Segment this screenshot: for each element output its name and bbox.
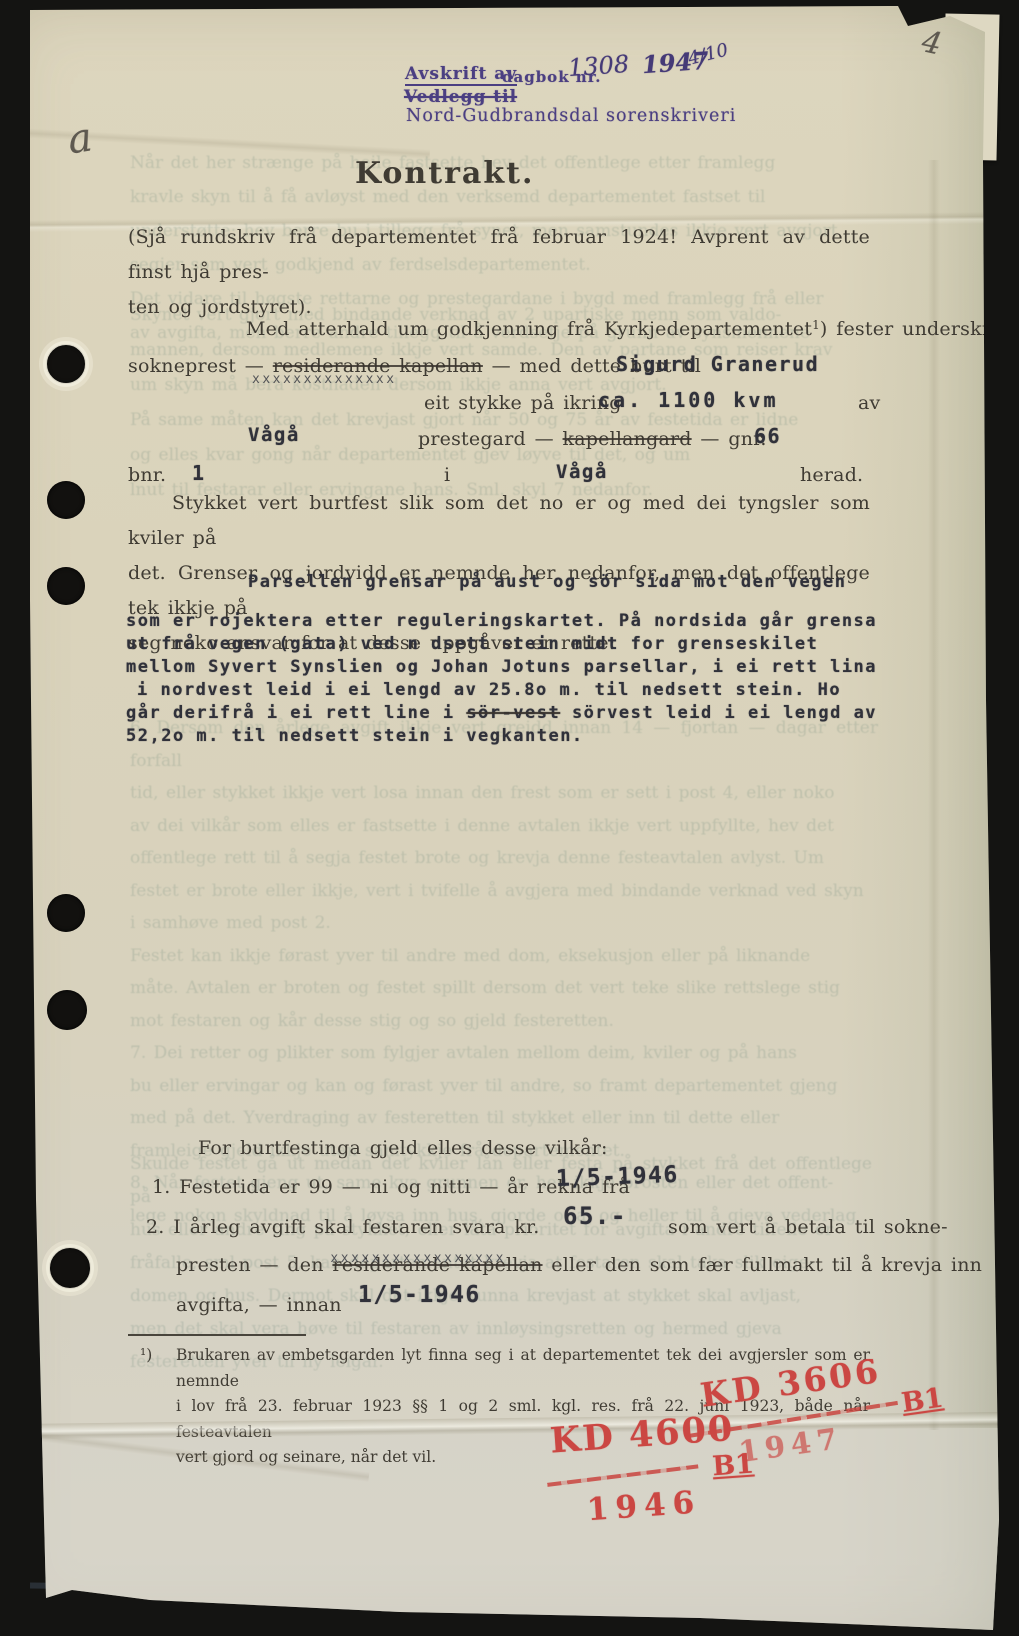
typed-boundary-line: som er rojektera etter reguleringskartet… bbox=[126, 611, 877, 631]
punch-hole bbox=[49, 1247, 91, 1289]
clause-text: ) fester underskrivne bbox=[820, 318, 1019, 340]
journal-number-handwritten: 1308 bbox=[567, 50, 630, 82]
clause-herad: herad. bbox=[800, 464, 863, 486]
punch-hole bbox=[47, 567, 85, 605]
margin-note-a: a bbox=[65, 115, 95, 164]
clause-godkjenning: Med atterhald um godkjenning frå Kyrkjed… bbox=[246, 318, 1019, 340]
typed-start-date: 1/5-1946 bbox=[556, 1162, 680, 1192]
clause-text: presten — den bbox=[176, 1254, 332, 1276]
clause-i: i bbox=[444, 464, 450, 486]
typed-payment-date: 1/5-1946 bbox=[358, 1282, 481, 1308]
typed-text: sörvest leid i ei lengd av bbox=[560, 703, 877, 723]
scanned-document: Når det her strænge på heile fastsette h… bbox=[0, 0, 1019, 1636]
typed-place-vaga-2: Vågå bbox=[556, 461, 608, 483]
footnote-rule bbox=[128, 1334, 306, 1336]
stamp-year: 1946 bbox=[586, 1484, 703, 1528]
struck-typed-sorvest: sör-vest bbox=[466, 703, 560, 723]
clause-text: prestegard — bbox=[418, 428, 563, 450]
paper-sheet: Når det her strænge på heile fastsette h… bbox=[0, 0, 1019, 1636]
typed-text: går derifrå i ei rett line i bbox=[126, 703, 466, 723]
typed-boundary-line: mellom Syvert Synslien og Johan Jotuns p… bbox=[126, 657, 877, 677]
typed-boundary-line: 52,2o m. til nedsett stein i vegkanten. bbox=[126, 726, 584, 746]
stamp-suffix: B1 bbox=[900, 1382, 946, 1418]
struck-text-residerande-2: residerande kapellanxxxxxxxxxxxxxxxxx bbox=[332, 1254, 542, 1276]
typed-bnr: 1 bbox=[192, 461, 206, 485]
struck-text-kapellangard: kapellangard bbox=[563, 428, 692, 450]
clause-bnr: bnr. bbox=[128, 464, 166, 486]
typed-x-row: xxxxxxxxxxxxxxxxx bbox=[330, 1251, 506, 1266]
clause-eit-stykke: eit stykke på ikring bbox=[424, 392, 622, 414]
punch-hole bbox=[47, 894, 85, 932]
clause-text: eller den som fær fullmakt til å krevja … bbox=[543, 1254, 983, 1276]
document-title: Kontrakt. bbox=[355, 156, 534, 191]
vedlegg-til-stamp: Vedlegg til bbox=[404, 87, 517, 107]
stamp-suffix: B1 bbox=[711, 1449, 755, 1483]
footnote-reference: 1 bbox=[812, 318, 820, 332]
stamp-bar bbox=[547, 1464, 698, 1486]
clause-av: av bbox=[858, 392, 880, 414]
typed-lessee-name: Sigurd Granerud bbox=[616, 352, 819, 376]
punch-hole bbox=[47, 990, 87, 1030]
condition-item-2-line3: avgifta, — innan bbox=[176, 1294, 342, 1316]
condition-item-2: 2. I årleg avgift skal festaren svara kr… bbox=[146, 1216, 539, 1238]
avskrift-av-stamp: Avskrift av bbox=[405, 64, 517, 86]
typed-boundary-line: Parsellen grensar på aust og sör sida mo… bbox=[248, 572, 846, 592]
clause-text: Med atterhald um godkjenning frå Kyrkjed… bbox=[246, 318, 812, 340]
typed-gnr: 66 bbox=[754, 424, 781, 448]
typed-boundary-line: i nordvest leid i ei lengd av 25.8o m. t… bbox=[137, 680, 841, 700]
typed-boundary-line: går derifrå i ei rett line i sör-vest sö… bbox=[126, 703, 877, 723]
typed-fee-amount: 65.- bbox=[563, 1202, 627, 1230]
footnote-marker: ¹) bbox=[140, 1343, 152, 1369]
typed-place-vaga-1: Vågå bbox=[248, 424, 300, 446]
date-fraction-handwritten: 4/10 bbox=[686, 39, 730, 69]
condition-item-2-line2: presten — den residerande kapellanxxxxxx… bbox=[176, 1254, 982, 1276]
clause-prestegard: prestegard — kapellangard — gnr. bbox=[418, 428, 767, 450]
intro-note: (Sjå rundskriv frå departementet frå feb… bbox=[128, 220, 870, 325]
conditions-heading: For burtfestinga gjeld elles desse vilkå… bbox=[198, 1137, 608, 1159]
punch-hole bbox=[46, 344, 86, 384]
condition-item-2-cont: som vert å betala til sokne- bbox=[668, 1216, 948, 1238]
red-stamp-kd4600: KD 4600 B1 1946 bbox=[541, 1403, 809, 1551]
typed-boundary-line: ut frå vegen (gata) ved n dsett stein mi… bbox=[126, 634, 818, 654]
typed-x-row: xxxxxxxxxxxxxx bbox=[252, 372, 397, 387]
punch-hole bbox=[47, 481, 85, 519]
court-office-stamp: Nord-Gudbrandsdal sorenskriveri bbox=[406, 106, 736, 126]
typed-area-size: ca. 1100 kvm bbox=[598, 388, 779, 412]
